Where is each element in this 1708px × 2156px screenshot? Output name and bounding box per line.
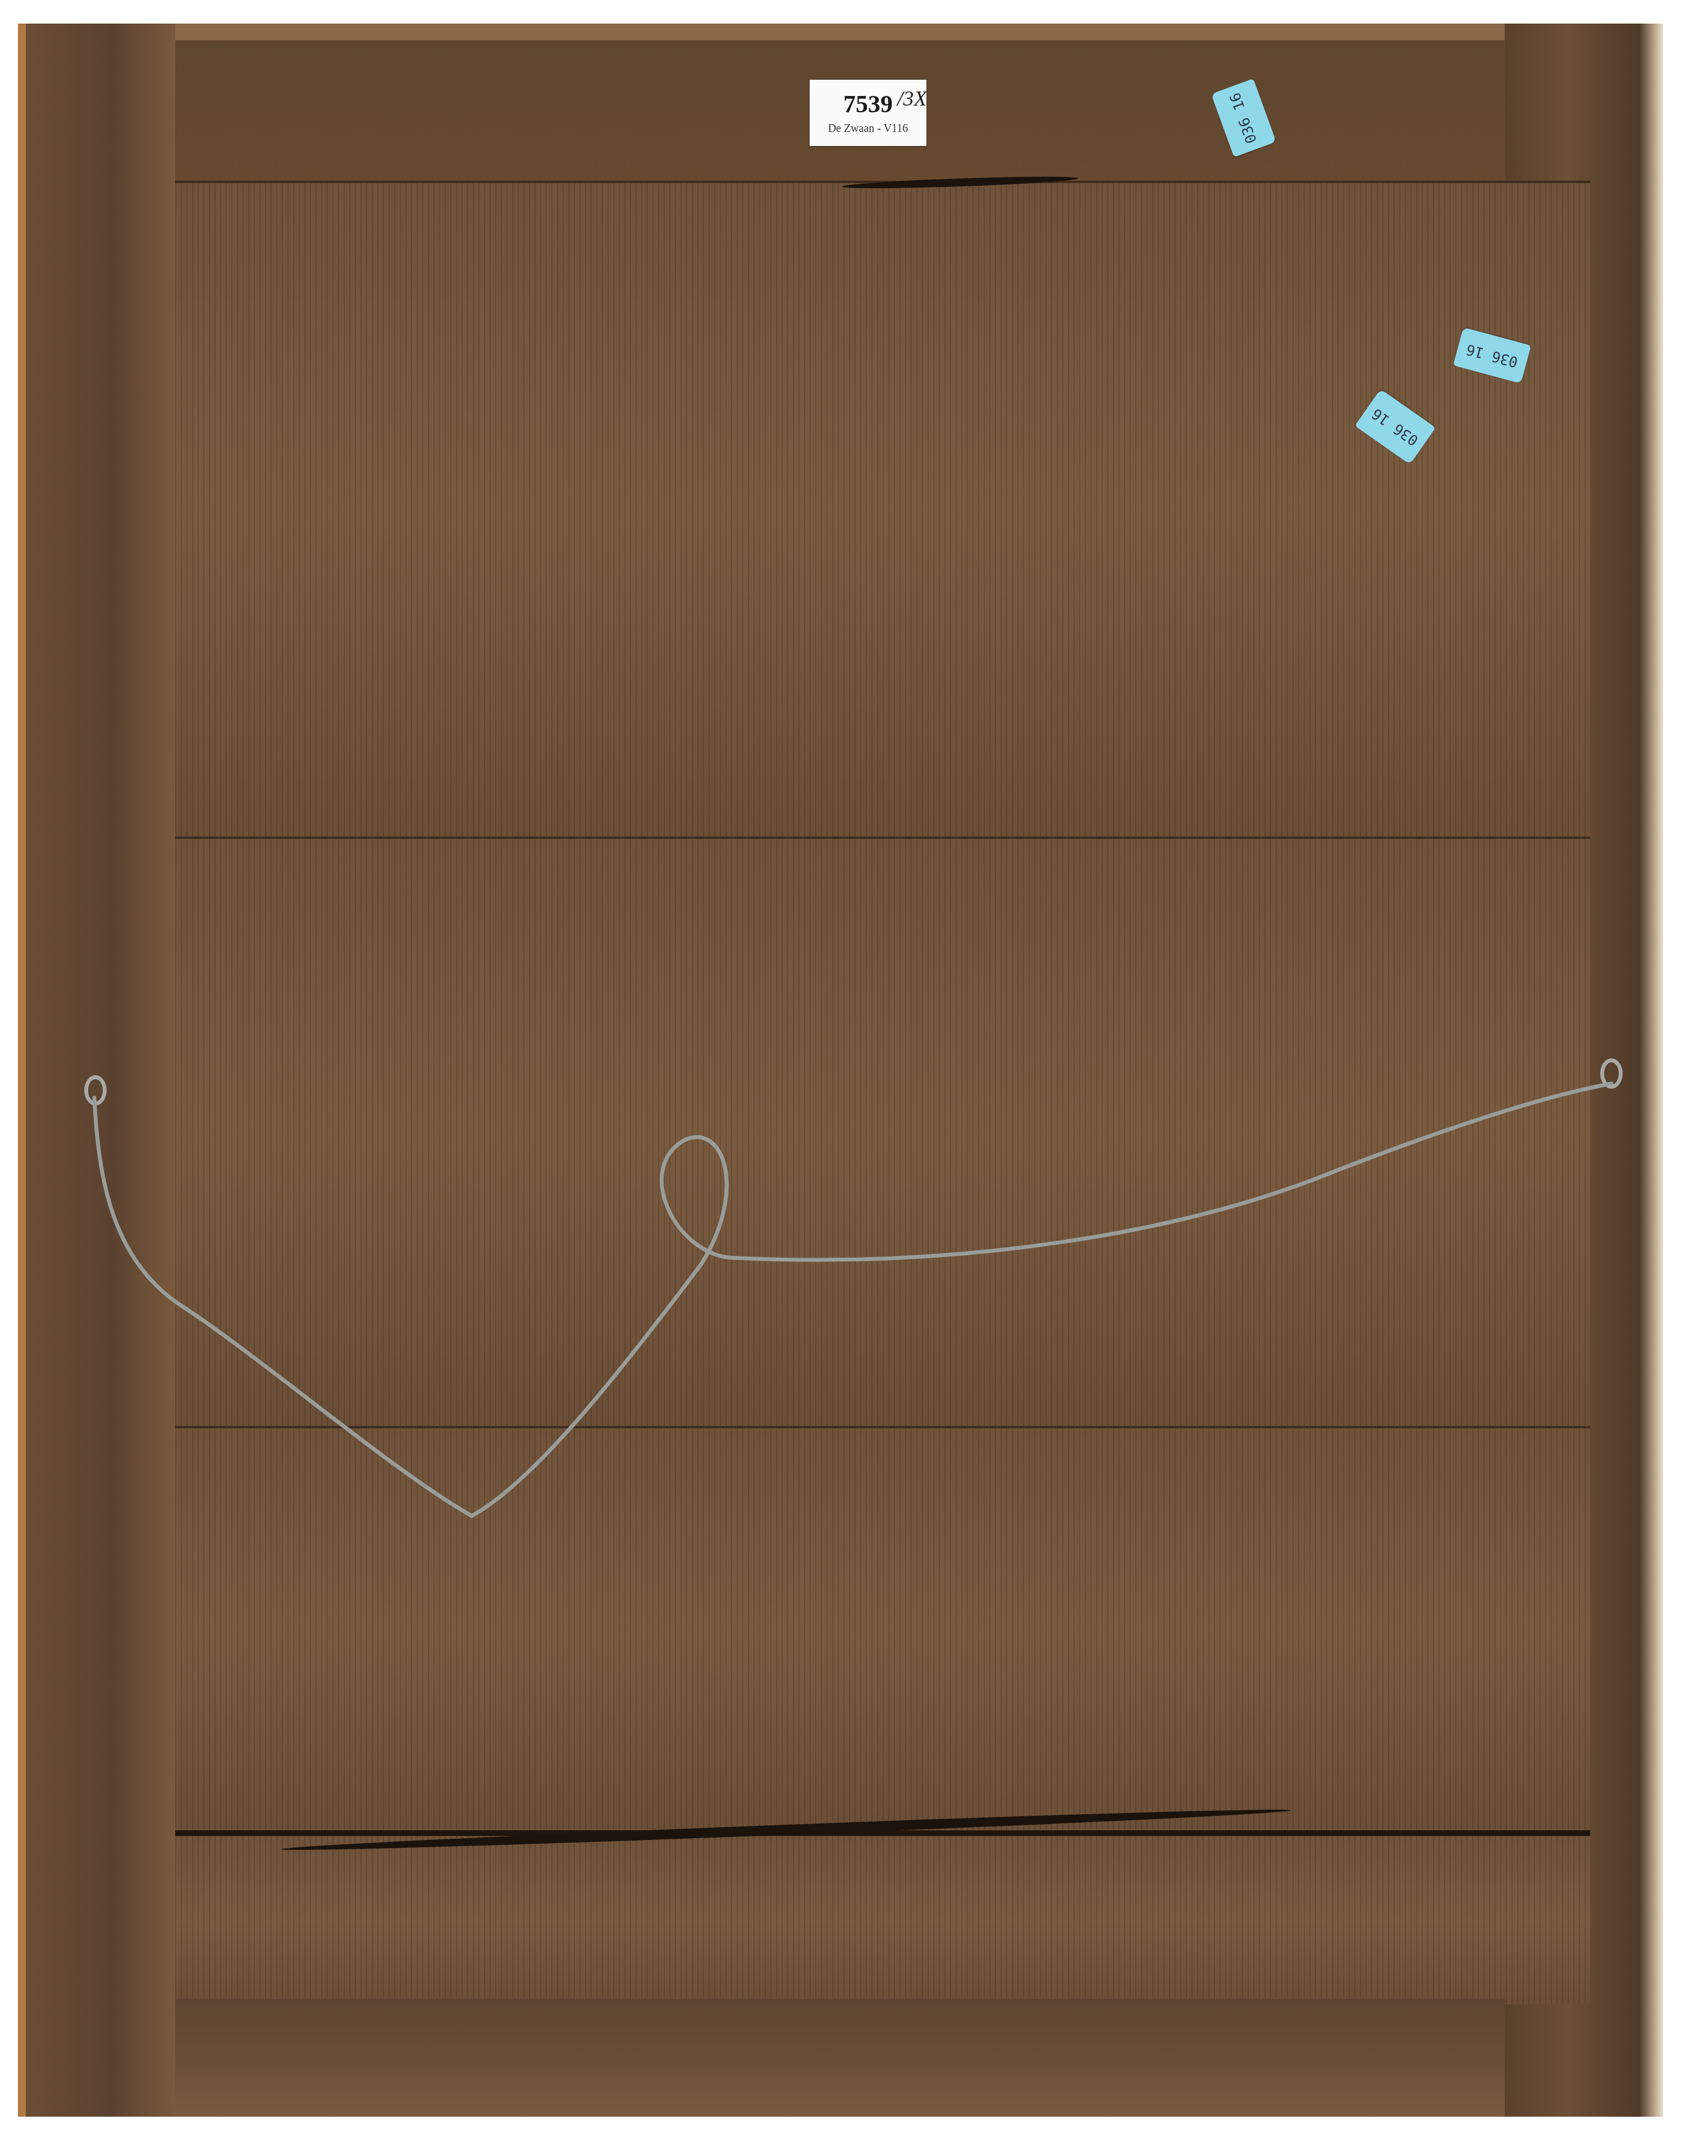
backing-plank-3 <box>175 1426 1590 1833</box>
frame-left-stile <box>18 24 175 2117</box>
backing-plank-2 <box>175 837 1590 1428</box>
eye-hook-left-icon <box>84 1075 107 1106</box>
price-sticker-text: 036 16 <box>1227 90 1261 146</box>
auction-lot-label: 7539 /3X De Zwaan - V116 <box>810 80 926 146</box>
price-sticker-text: 036 16 <box>1464 340 1519 370</box>
seller-line: De Zwaan - V116 <box>810 122 926 135</box>
frame-bottom-rail <box>175 1999 1505 2117</box>
backing-plank-4 <box>175 1830 1590 2004</box>
handwritten-suffix: /3X <box>897 86 927 111</box>
backing-plank-1 <box>175 181 1590 839</box>
lot-number: 7539 <box>843 90 893 118</box>
eye-hook-right-icon <box>1600 1058 1623 1089</box>
